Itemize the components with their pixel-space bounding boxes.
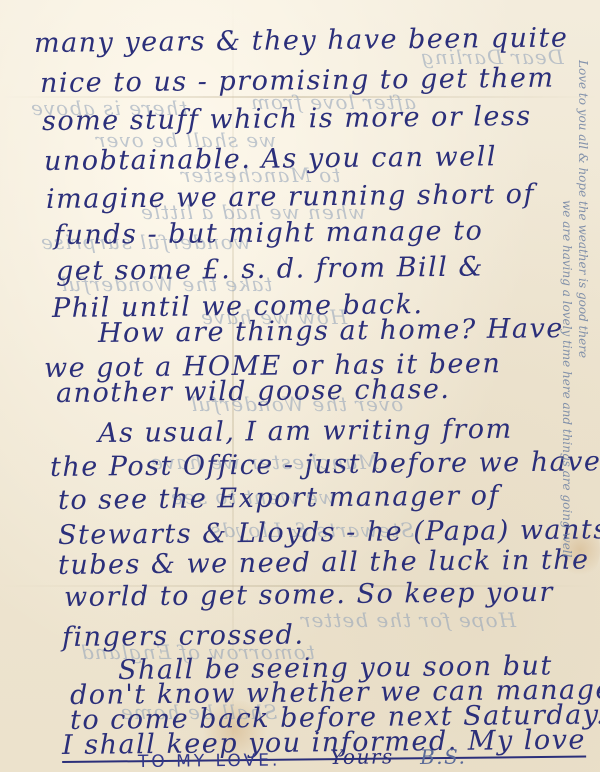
- margin-note: Love to you all & hope the weather is go…: [576, 60, 590, 358]
- letter-line: another wild goose chase.: [56, 374, 451, 409]
- margin-note: we are having a lovely time here and thi…: [560, 200, 574, 557]
- letter-line: How are things at home? Have: [98, 313, 564, 349]
- letter-line: funds - but might manage to: [54, 216, 484, 251]
- letter-line: imagine we are running short of: [46, 179, 535, 215]
- closing-initials: B.S.: [420, 745, 467, 769]
- letter-line: world to get some. So keep your: [64, 577, 554, 613]
- letter-line: get some £. s. d. from Bill &: [56, 252, 484, 287]
- letter-line: to see the Export manager of: [58, 480, 500, 516]
- closing-sign: Yours: [330, 744, 394, 769]
- letter-line: nice to us - promising to get them: [40, 63, 555, 99]
- closing-to-line: TO MY LOVE.: [138, 751, 281, 772]
- letter-line: tubes & we need all the luck in the: [58, 544, 590, 581]
- bleed-line: Hope for the better: [300, 608, 516, 632]
- letter-line: As usual, I am writing from: [98, 414, 513, 449]
- letter-line: the Post Office - just before we have: [50, 446, 600, 483]
- letter-line: fingers crossed.: [62, 619, 305, 653]
- letter-page: Dear Darling after love from there is ab…: [0, 0, 600, 772]
- letter-line: unobtainable. As you can well: [44, 141, 497, 177]
- letter-line: many years & they have been quite: [34, 22, 569, 59]
- letter-line: some stuff which is more or less: [42, 101, 532, 137]
